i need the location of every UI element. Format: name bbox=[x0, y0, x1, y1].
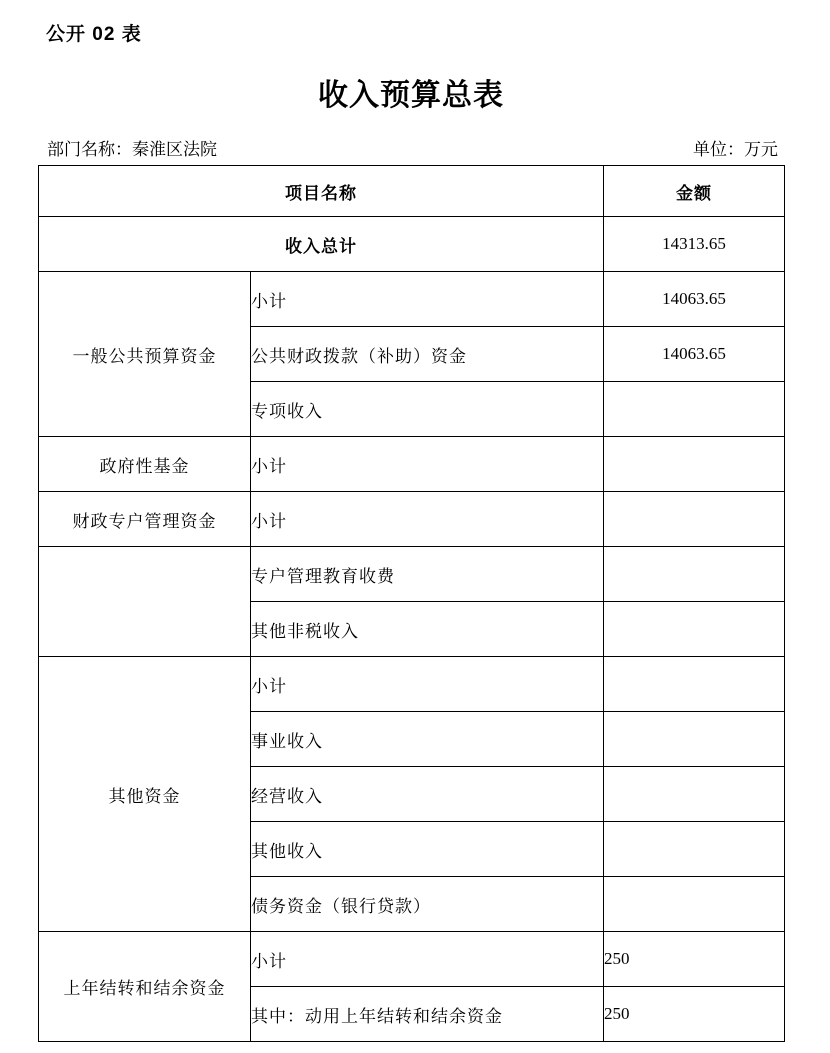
form-number-label: 公开 02 表 bbox=[46, 21, 784, 48]
amount-cell: 14063.65 bbox=[604, 327, 785, 382]
item-cell: 专户管理教育收费 bbox=[251, 547, 604, 602]
item-cell: 小计 bbox=[251, 272, 604, 327]
total-amount-cell: 14313.65 bbox=[604, 217, 785, 272]
amount-cell bbox=[604, 767, 785, 822]
amount-cell bbox=[604, 602, 785, 657]
group-cell-general-public-budget: 一般公共预算资金 bbox=[39, 272, 251, 437]
table-row-total: 收入总计 14313.65 bbox=[39, 217, 785, 272]
amount-cell bbox=[604, 657, 785, 712]
item-cell: 其他非税收入 bbox=[251, 602, 604, 657]
amount-cell bbox=[604, 712, 785, 767]
item-cell: 小计 bbox=[251, 657, 604, 712]
table-row: 一般公共预算资金 小计 14063.65 bbox=[39, 272, 785, 327]
item-cell: 专项收入 bbox=[251, 382, 604, 437]
department-name: 部门名称：秦淮区法院 bbox=[47, 139, 217, 160]
amount-cell: 250 bbox=[604, 987, 785, 1042]
group-cell-other-funds: 其他资金 bbox=[39, 657, 251, 932]
page-title: 收入预算总表 bbox=[38, 78, 784, 114]
revenue-budget-table: 项目名称 金额 收入总计 14313.65 一般公共预算资金 小计 14063.… bbox=[38, 165, 785, 1042]
amount-cell bbox=[604, 547, 785, 602]
item-cell: 小计 bbox=[251, 492, 604, 547]
item-cell: 其中：动用上年结转和结余资金 bbox=[251, 987, 604, 1042]
table-row: 其他资金 小计 bbox=[39, 657, 785, 712]
table-row: 财政专户管理资金 小计 bbox=[39, 492, 785, 547]
meta-row: 部门名称：秦淮区法院 单位：万元 bbox=[38, 139, 784, 160]
item-cell: 小计 bbox=[251, 932, 604, 987]
group-cell-fiscal-special-account: 财政专户管理资金 bbox=[39, 492, 251, 547]
table-row: 上年结转和结余资金 小计 250 bbox=[39, 932, 785, 987]
table-row: 政府性基金 小计 bbox=[39, 437, 785, 492]
item-cell: 其他收入 bbox=[251, 822, 604, 877]
document-sheet: 公开 02 表 收入预算总表 部门名称：秦淮区法院 单位：万元 项目名称 金额 … bbox=[38, 21, 784, 1042]
amount-cell: 14063.65 bbox=[604, 272, 785, 327]
amount-cell bbox=[604, 437, 785, 492]
item-cell: 公共财政拨款（补助）资金 bbox=[251, 327, 604, 382]
item-cell: 小计 bbox=[251, 437, 604, 492]
item-cell: 经营收入 bbox=[251, 767, 604, 822]
amount-cell bbox=[604, 492, 785, 547]
table-row: 专户管理教育收费 bbox=[39, 547, 785, 602]
amount-cell bbox=[604, 877, 785, 932]
group-cell-empty bbox=[39, 547, 251, 657]
item-cell: 债务资金（银行贷款） bbox=[251, 877, 604, 932]
amount-cell bbox=[604, 822, 785, 877]
group-cell-government-funds: 政府性基金 bbox=[39, 437, 251, 492]
group-cell-carryover-funds: 上年结转和结余资金 bbox=[39, 932, 251, 1042]
col-header-item-name: 项目名称 bbox=[39, 166, 604, 217]
item-cell: 事业收入 bbox=[251, 712, 604, 767]
unit-label: 单位：万元 bbox=[693, 139, 778, 160]
amount-cell bbox=[604, 382, 785, 437]
col-header-amount: 金额 bbox=[604, 166, 785, 217]
table-header-row: 项目名称 金额 bbox=[39, 166, 785, 217]
total-label-cell: 收入总计 bbox=[39, 217, 604, 272]
amount-cell: 250 bbox=[604, 932, 785, 987]
